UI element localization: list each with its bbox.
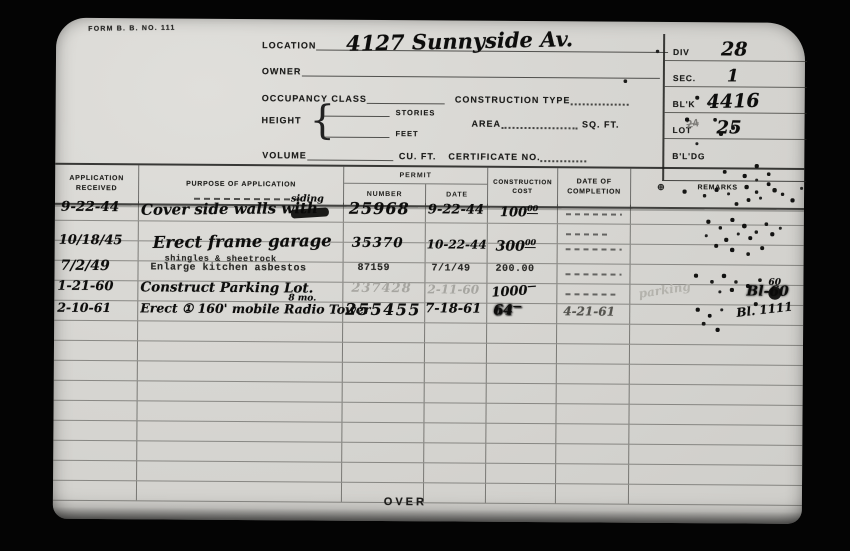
construction-type-label: CONSTRUCTION TYPE: [455, 95, 571, 106]
table-body: 9-22-44 Cover side walls with siding 259…: [53, 201, 804, 506]
ink-blot: [768, 287, 781, 300]
height-label: HEIGHT: [262, 115, 302, 125]
cost-value: 10000: [500, 203, 538, 221]
cost-value: 30000: [496, 237, 536, 255]
cu-ft-label: CU. FT.: [399, 151, 437, 161]
construction-type-line: [570, 91, 628, 105]
stories-label: STORIES: [396, 108, 436, 117]
received-value: 10/18/45: [59, 233, 123, 248]
pencil-smear: [565, 273, 621, 275]
parcel-div-row: DIV 28: [665, 34, 807, 62]
owner-label: OWNER: [262, 66, 302, 76]
col-construction-cost: CONSTRUCTION COST: [488, 168, 558, 206]
form-number: FORM B. B. NO. 111: [88, 25, 175, 33]
occupancy-line: [367, 91, 445, 105]
pencil-smear: [565, 293, 615, 295]
parcel-bldg-row: B'L'DG: [664, 138, 806, 165]
permit-number-value: 25968: [349, 199, 410, 218]
parcel-box: DIV 28 SEC. 1 BL'K 4416 LOT 24 25 B'L'DG: [662, 34, 807, 182]
cost-value: 1000—: [491, 282, 537, 301]
permit-date-value: 2-11-60: [427, 282, 479, 296]
div-label: DIV: [673, 47, 690, 57]
col-remarks: ⊕ REMARKS: [631, 169, 804, 208]
certificate-no-label: CERTIFICATE NO.: [448, 151, 540, 162]
received-value: 7/2/49: [60, 258, 109, 274]
permit-number-value: 87159: [357, 263, 390, 274]
purpose-value: Enlarge kitchen asbestos: [150, 262, 306, 274]
pencil-smear: [566, 213, 622, 215]
parcel-lot-row: LOT 24 25: [664, 112, 806, 140]
owner-field: OWNER: [262, 63, 660, 79]
cost-value: 200.00: [495, 264, 534, 275]
parcel-blk-row: BL'K 4416: [665, 86, 807, 114]
permit-number-value: 35370: [352, 235, 404, 251]
sec-value: 1: [727, 66, 739, 86]
permit-date-value: 9-22-44: [428, 202, 484, 217]
location-label: LOCATION: [262, 40, 316, 50]
ink-blot: [291, 207, 329, 218]
lot-crossed-out-value: 24: [686, 117, 700, 131]
scanned-permit-record: FORM B. B. NO. 111 LOCATION 4127 Sunnysi…: [0, 0, 850, 551]
parcel-sec-row: SEC. 1: [665, 60, 807, 88]
permit-date-value: 7-18-61: [425, 301, 481, 316]
purpose-note: 8 mo.: [288, 293, 316, 303]
permit-number-value: 237428: [351, 281, 411, 296]
feet-field: FEET: [323, 125, 418, 139]
purpose-value: Erect frame garage: [153, 231, 332, 252]
completion-value: 4-21-61: [563, 304, 615, 318]
scan-specks: [56, 18, 59, 21]
cost-value: 64—: [493, 302, 522, 319]
circled-dot-icon: ⊕: [657, 181, 665, 195]
received-value: 9-22-44: [61, 199, 119, 215]
blk-value: 4416: [706, 90, 759, 113]
bldg-label: B'L'DG: [672, 151, 705, 161]
purpose-value: Erect ① 160' mobile Radio Tower: [140, 300, 370, 317]
pencil-smear: [566, 248, 622, 250]
owner-line: [301, 63, 659, 78]
feet-label: FEET: [395, 129, 418, 138]
volume-field: VOLUME CU. FT. CERTIFICATE NO.: [262, 146, 586, 162]
volume-label: VOLUME: [262, 150, 307, 160]
pencil-smear: [566, 233, 610, 235]
sq-ft-label: SQ. FT.: [582, 119, 620, 129]
permit-card: FORM B. B. NO. 111 LOCATION 4127 Sunnysi…: [53, 18, 805, 524]
height-field: HEIGHT: [262, 115, 302, 125]
col-date-of-completion: DATE OF COMPLETION: [558, 168, 631, 207]
permit-date-value: 10-22-44: [427, 237, 487, 251]
permit-date-value: 7/1/49: [431, 263, 470, 274]
col-application-received: APPLICATION RECEIVED: [55, 165, 139, 204]
received-value: 1-21-60: [57, 279, 113, 294]
received-value: 2-10-61: [57, 300, 111, 315]
permit-number-value: 255455: [345, 300, 421, 320]
blk-label: BL'K: [673, 99, 696, 109]
lot-value: 25: [716, 117, 741, 138]
div-value: 28: [721, 38, 748, 60]
col-permit: PERMIT: [344, 167, 487, 185]
area-label: AREA: [472, 119, 502, 129]
area-field: AREA SQ. FT.: [472, 115, 620, 130]
stories-field: STORIES: [324, 104, 436, 118]
location-value: 4127 Sunnyside Av.: [346, 26, 573, 56]
purpose-note: siding: [291, 193, 324, 204]
sec-label: SEC.: [673, 73, 696, 83]
